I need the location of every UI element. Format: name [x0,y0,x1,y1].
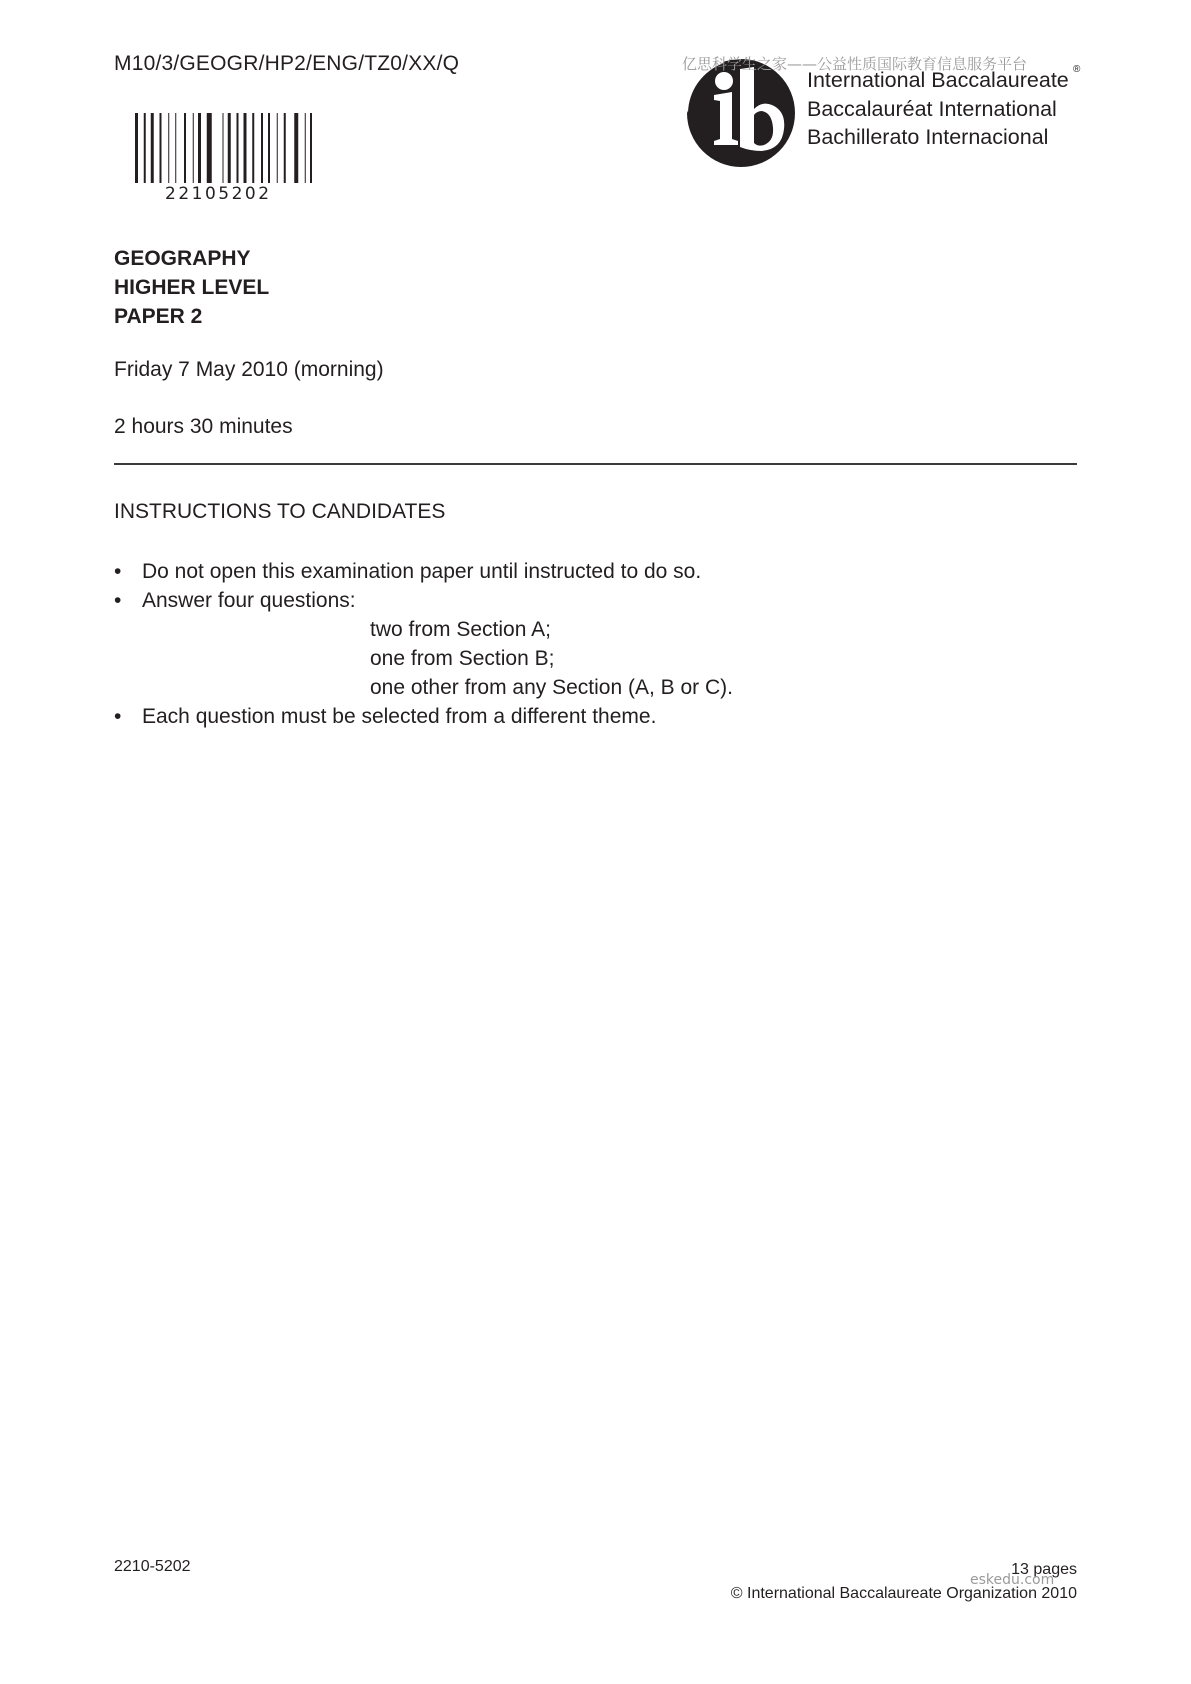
instruction-item: • Do not open this examination paper unt… [114,557,733,586]
instruction-item: • Answer four questions: [114,586,733,615]
watermark-top: 亿思科学生之家——公益性质国际教育信息服务平台 [682,53,1027,74]
barcode [135,113,317,183]
watermark-bottom: eskedu.com [970,1572,1054,1588]
divider [114,463,1077,465]
instruction-text: Answer four questions: [142,586,356,615]
bullet-icon: • [114,557,142,586]
bullet-icon: • [114,586,142,615]
instructions-title: INSTRUCTIONS TO CANDIDATES [114,500,445,524]
instruction-sub-item: one other from any Section (A, B or C). [114,673,733,702]
registered-mark: ® [1073,64,1080,75]
paper-number: 2210-5202 [114,1558,191,1576]
instructions-list: • Do not open this examination paper unt… [114,557,733,731]
exam-subject: GEOGRAPHY HIGHER LEVEL PAPER 2 [114,244,269,331]
instruction-text: Each question must be selected from a di… [142,702,656,731]
instruction-sub-item: one from Section B; [114,644,733,673]
organization-names: International Baccalaureate Baccalauréat… [807,66,1069,152]
instruction-text: Do not open this examination paper until… [142,557,701,586]
subject-line: HIGHER LEVEL [114,273,269,302]
bullet-icon: • [114,702,142,731]
barcode-number: 22105202 [165,184,272,204]
subject-line: PAPER 2 [114,302,269,331]
exam-duration: 2 hours 30 minutes [114,415,293,439]
org-name-french: Baccalauréat International [807,95,1069,124]
exam-date: Friday 7 May 2010 (morning) [114,358,384,382]
org-name-spanish: Bachillerato Internacional [807,123,1069,152]
instruction-item: • Each question must be selected from a … [114,702,733,731]
instruction-sub-item: two from Section A; [114,615,733,644]
subject-line: GEOGRAPHY [114,244,269,273]
document-code: M10/3/GEOGR/HP2/ENG/TZ0/XX/Q [114,52,459,76]
